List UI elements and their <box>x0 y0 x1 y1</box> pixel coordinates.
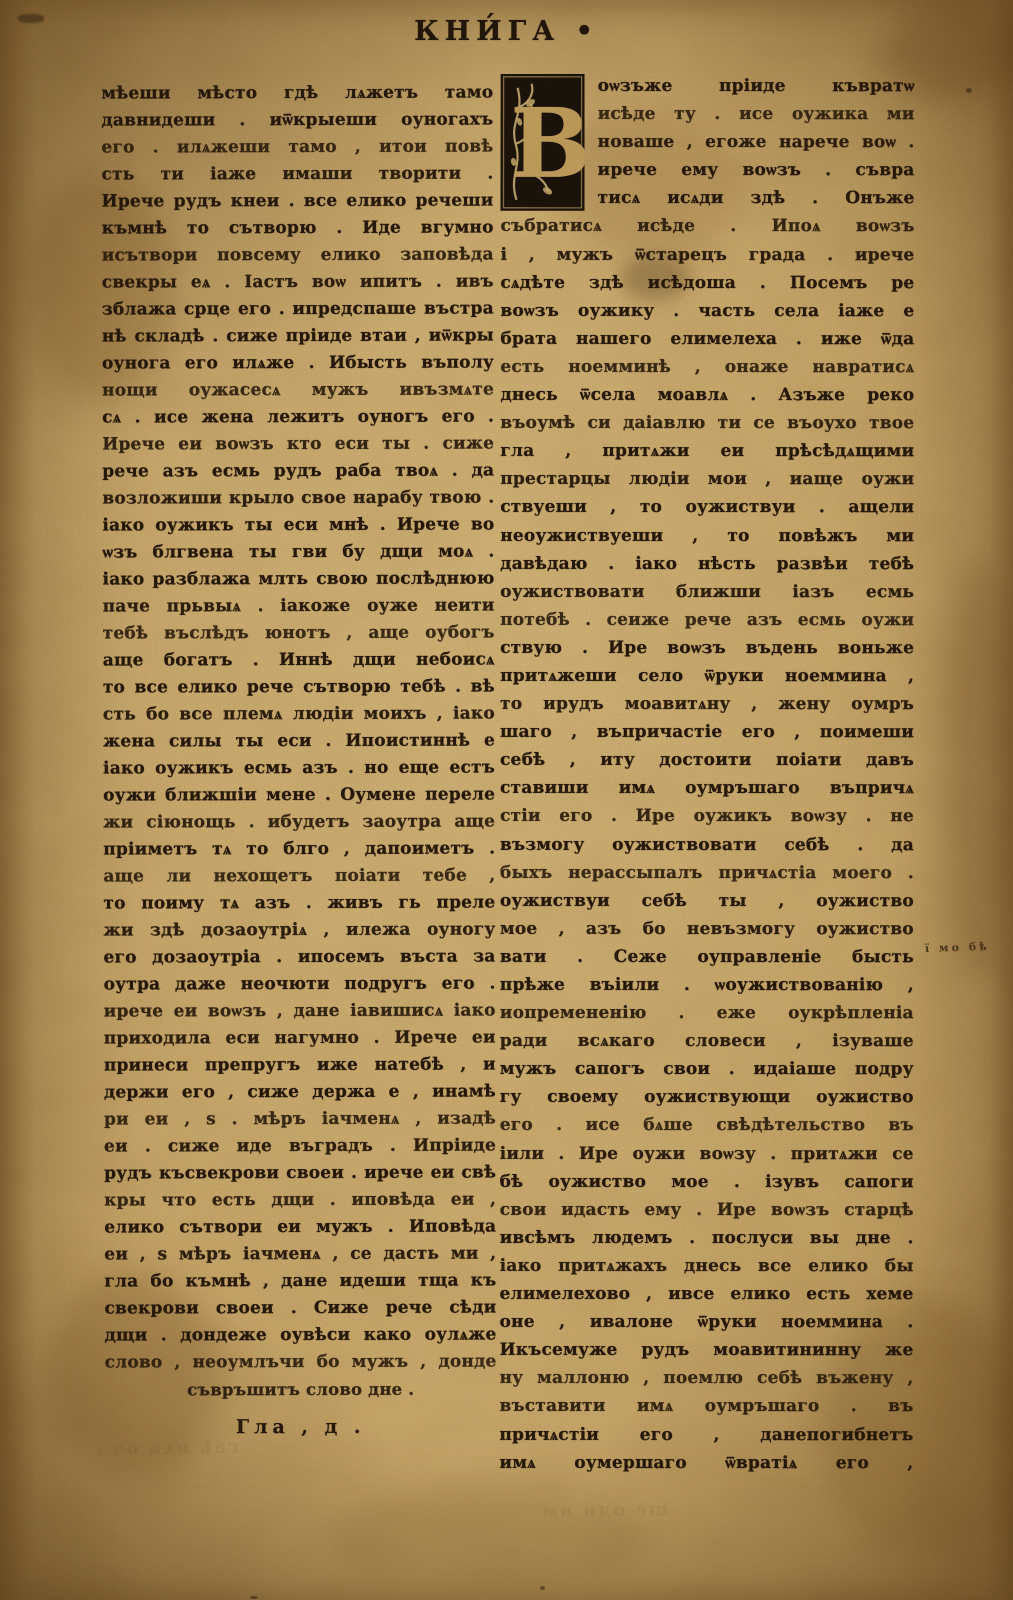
text-line: іако оужикъ есмь азъ . но еще естъ <box>103 754 495 782</box>
page-title: КНИ́ГА • <box>0 16 1013 47</box>
text-line: съвръшитъ слово дне . <box>105 1375 497 1403</box>
text-line: быхъ нерассыпалъ причѧстіа моего . <box>500 858 914 886</box>
text-line: днесь ѿсела моавлѧ . Азъже реко <box>500 381 914 409</box>
text-line: въоумѣ си даіавлю ти се въоухо твое <box>500 409 914 437</box>
text-line: оужиствуи себѣ ты , оужиство <box>500 887 914 915</box>
text-line: то ирудъ моавитѧну , жену оумръ <box>500 690 914 718</box>
text-line: сть ти іаже имаши творити . <box>101 160 493 188</box>
text-line: ирече ему воѡзъ . съвра <box>598 156 915 184</box>
text-line: оужи ближшіи мене . Оумене переле <box>103 781 495 809</box>
initial-letter: В <box>510 87 585 200</box>
text-line: Ирече еи воѡзъ кто еси ты . сиже <box>102 430 494 458</box>
text-line: рудъ късвекрови своеи . ирече еи свѣ <box>104 1159 496 1187</box>
text-line: събратисѧ исѣде . Ипоѧ воѡзъ <box>500 212 914 240</box>
text-line: свекрови своеи . Сиже рече сѣди <box>104 1294 496 1322</box>
text-line: іако оужикъ ты еси мнѣ . Ирече во <box>102 511 494 539</box>
page: КНИ́ГА • мѣеши мѣсто гдѣ лѧжетъ тамодавн… <box>0 0 1013 1600</box>
text-line: бѣ оужиство мое . ізувъ сапоги <box>500 1167 914 1195</box>
text-line: приходила еси нагумно . Ирече еи <box>104 1024 496 1052</box>
text-line: сть бо все племѧ людіи моихъ , іако <box>103 700 495 728</box>
text-line: рече азъ есмь рудъ раба твоѧ . да <box>102 457 494 485</box>
text-line: еи , ѕ мѣръ іачменѧ , се дасть ми , <box>104 1240 496 1268</box>
woodcut-initial-graphic: В <box>500 74 584 211</box>
text-line: ивсѣмъ людемъ . послуси вы дне . <box>500 1224 914 1252</box>
text-line: жи здѣ дозаоутріѧ , илежа оуногу <box>103 916 495 944</box>
text-line: притѧжеши село ѿруки ноеммина , <box>500 662 914 690</box>
text-line: кры что есть дщи . иповѣда еи , <box>104 1186 496 1214</box>
text-line: исътвори повсему елико заповѣда <box>102 241 494 269</box>
text-line: есть ноемминѣ , онаже навратисѧ <box>500 353 914 381</box>
text-line: ствую . Ире воѡзъ въдень воньже <box>500 634 914 662</box>
text-line: то поиму тѧ азъ . живъ гь преле <box>103 889 495 917</box>
text-line: возложиши крыло свое нарабу твою . <box>102 484 494 512</box>
text-line: брата нашего елимелеха . иже ѿда <box>500 325 914 353</box>
text-line: оне , ивалоне ѿруки ноеммина . <box>500 1308 914 1336</box>
text-line: престарцы людіи мои , иаще оужи <box>500 465 914 493</box>
text-line: потебѣ . сеиже рече азъ есмь оужи <box>500 606 914 634</box>
chapter-heading: Гла , д . <box>105 1415 497 1438</box>
text-line: іили . Ире оужи воѡзу . притѧжи се <box>500 1139 914 1167</box>
text-line: вати . Сеже оуправленіе бысть <box>500 943 914 971</box>
text-line: гла , притѧжи еи прѣсѣдѧщими <box>500 437 914 465</box>
left-column-lines: мѣеши мѣсто гдѣ лѧжетъ тамодавнидеши . и… <box>101 79 496 1403</box>
text-line: нѣ складѣ . сиже пріиде втаи , иѿкры <box>102 322 494 350</box>
text-line: ну маллоню , поемлю себѣ въжену , <box>499 1364 913 1392</box>
text-line: свекры еѧ . Іастъ воѡ ипитъ . ивъ <box>102 268 494 296</box>
text-line: его . исе бѧше свѣдѣтельство въ <box>500 1111 914 1139</box>
ornamental-initial: В <box>500 74 584 211</box>
text-line: тебѣ въслѣдъ юнотъ , аще оубогъ <box>103 619 495 647</box>
text-line: къмнѣ то сътворю . Иде вгумно <box>102 214 494 242</box>
text-line: сѧ . исе жена лежитъ оуногъ его . <box>102 403 494 431</box>
text-line: воѡзъ оужику . часть села іаже е <box>500 297 914 325</box>
text-line: гла бо къмнѣ , дане идеши тща къ <box>104 1267 496 1295</box>
text-line: тисѧ исѧди здѣ . Онъже <box>597 184 914 212</box>
stain <box>940 560 1013 980</box>
text-line: свои идасть ему . Ире воѡзъ старцѣ <box>500 1196 914 1224</box>
text-line: жена силы ты еси . Ипоистиннѣ е <box>103 727 495 755</box>
text-line: его . илѧжеши тамо , итои повѣ <box>101 133 493 161</box>
text-line: принеси препругъ иже натебѣ , и <box>104 1051 496 1079</box>
text-line: въставити имѧ оумръшаго . въ <box>499 1392 913 1420</box>
text-line: ствуеши , то оужиствуи . ащели <box>500 493 914 521</box>
text-line: Ирече рудъ кнеи . все елико речеши <box>102 187 494 215</box>
text-line: і , мужъ ѿстарецъ града . ирече <box>500 240 914 268</box>
text-line: ри еи , ѕ . мѣръ іачменѧ , изадѣ <box>104 1105 496 1133</box>
text-line: то все елико рече сътворю тебѣ . вѣ <box>103 673 495 701</box>
text-line: зблажа срце его . ипредспаше въстра <box>102 295 494 323</box>
margin-note: ї мо бѣ <box>925 940 990 955</box>
text-line: ѡзъ блгвена ты гви бу дщи моѧ . <box>102 538 494 566</box>
ink-speck <box>540 1586 545 1590</box>
text-line: давнидеши . иѿкрыеши оуногахъ <box>101 106 493 134</box>
text-line: ставиши имѧ оумръшаго въпричѧ <box>500 774 914 802</box>
text-line: неоужиствуеши , то повѣжъ ми <box>500 521 914 549</box>
text-line: мое , азъ бо невъзмогу оужиство <box>500 915 914 943</box>
text-line: оужиствовати ближши іазъ есмь <box>500 578 914 606</box>
text-line: иопремененію . еже оукрѣпленіа <box>500 999 914 1027</box>
text-line: слово , неоумлъчи бо мужъ , донде <box>105 1348 497 1376</box>
text-line: елико сътвори еи мужъ . Иповѣда <box>104 1213 496 1241</box>
text-line: аще богатъ . Иннѣ дщи небоисѧ <box>103 646 495 674</box>
text-line: нощи оужасесѧ мужъ ивъзмѧте <box>102 376 494 404</box>
text-line: іако притѧжахъ днесь все елико бы <box>500 1252 914 1280</box>
right-column: В оѡзъже пріиде къвратѡисѣде ту . исе оу… <box>499 72 914 1477</box>
text-line: мужъ сапогъ свои . идаіаше подру <box>500 1055 914 1083</box>
text-line: жи сіюнощь . ибудетъ заоутра аще <box>103 808 495 836</box>
text-line: паче прьвыѧ . іакоже оуже неити <box>103 592 495 620</box>
text-line: Икъсемуже рудъ моавитининну же <box>499 1336 913 1364</box>
text-line: прѣже въіили . ѡоужиствованію , <box>500 971 914 999</box>
text-line: мѣеши мѣсто гдѣ лѧжетъ тамо <box>101 79 493 107</box>
ghost-text: гаѣ ихь очл <box>95 1437 239 1461</box>
text-line: сѧдѣте здѣ исѣдоша . Посемъ ре <box>500 268 914 296</box>
text-line: оунога его илѧже . Ибысть въполу <box>102 349 494 377</box>
text-line: пріиметъ тѧ то блго , дапоиметъ . <box>103 835 495 863</box>
text-line: причѧстіи его , данепогибнетъ <box>499 1420 913 1448</box>
text-line: гу своему оужиствующи оужиство <box>500 1083 914 1111</box>
text-line: оутра даже неочюти подругъ его . <box>104 970 496 998</box>
stain <box>330 1480 650 1600</box>
text-line: еи . сиже иде въградъ . Ипріиде <box>104 1132 496 1160</box>
text-line: възмогу оужиствовати себѣ . да <box>500 830 914 858</box>
ink-speck <box>250 1596 258 1599</box>
text-line: оѡзъже пріиде къвратѡ <box>598 72 915 100</box>
text-line: стіи его . Ире оужикъ воѡзу . не <box>500 802 914 830</box>
text-line: елимелехово , ивсе елико есть хеме <box>500 1280 914 1308</box>
text-line: ради всѧкаго словеси , ізуваше <box>500 1027 914 1055</box>
ink-speck <box>966 88 972 93</box>
text-line: себѣ , иту достоити поіати давъ <box>500 746 914 774</box>
text-line: аще ли нехощетъ поіати тебе , <box>103 862 495 890</box>
text-line: дщи . дондеже оувѣси како оулѧже <box>104 1321 496 1349</box>
right-column-lines: В оѡзъже пріиде къвратѡисѣде ту . исе оу… <box>499 72 914 1477</box>
text-line: іако разблажа млть свою послѣднюю <box>102 565 494 593</box>
text-line: шаго , въпричастіе его , поимеши <box>500 718 914 746</box>
text-line: имѧ оумершаго ѿвратіѧ его , <box>499 1448 913 1476</box>
text-line: держи его , сиже держа е , инамѣ <box>104 1078 496 1106</box>
text-line: давѣдаю . іако нѣсть развѣи тебѣ <box>500 549 914 577</box>
text-line: новаше , егоже нарече воѡ . <box>598 128 915 156</box>
text-line: ирече еи воѡзъ , дане іавишисѧ іако <box>104 997 496 1025</box>
ghost-text: ше оли нм <box>540 1499 669 1522</box>
left-column: мѣеши мѣсто гдѣ лѧжетъ тамодавнидеши . и… <box>101 79 497 1438</box>
text-line: его дозаоутріа . ипосемъ въста за <box>103 943 495 971</box>
text-line: исѣде ту . исе оужика ми <box>598 100 915 128</box>
